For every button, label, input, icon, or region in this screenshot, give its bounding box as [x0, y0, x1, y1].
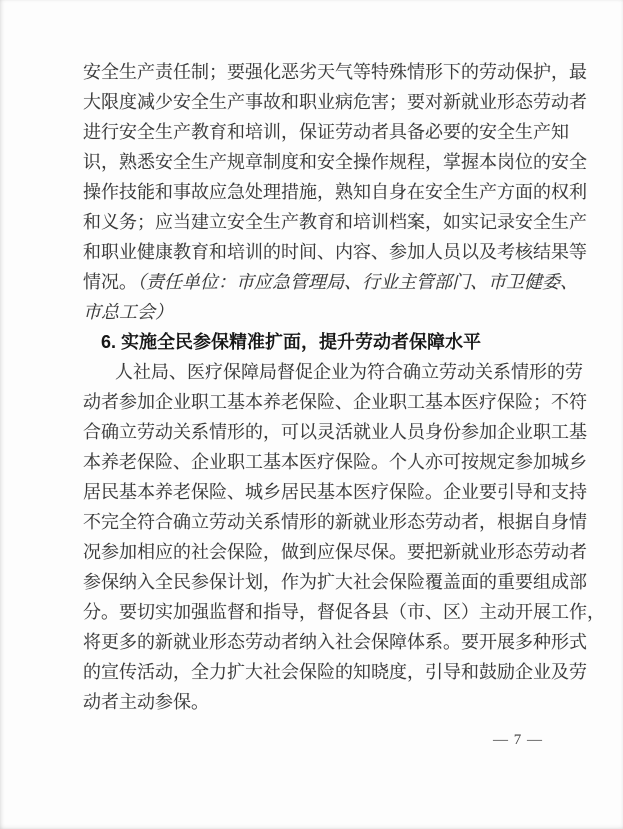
responsible-unit-note-line: 情况。（责任单位：市应急管理局、行业主管部门、市卫健委、 [83, 267, 593, 297]
text-line: 况参加相应的社会保险，做到应保尽保。要把新就业形态劳动者 [83, 537, 593, 567]
responsible-unit-note: （责任单位：市应急管理局、行业主管部门、市卫健委、 [137, 272, 578, 292]
text-line: 进行安全生产教育和培训，保证劳动者具备必要的安全生产知 [83, 117, 593, 147]
text-line: 动者主动参保。 [83, 687, 593, 717]
text-line: 识，熟悉安全生产规章制度和安全操作规程，掌握本岗位的安全 [83, 147, 593, 177]
responsible-unit-note-line: 市总工会） [83, 297, 593, 327]
text-line: 操作技能和事故应急处理措施，熟知自身在安全生产方面的权利 [83, 177, 593, 207]
text-line: 动者参加企业职工基本养老保险、企业职工基本医疗保险；不符 [83, 387, 593, 417]
text-line: 居民基本养老保险、城乡居民基本医疗保险。企业要引导和支持 [83, 477, 593, 507]
text-line: 合确立劳动关系情形的，可以灵活就业人员身份参加企业职工基 [83, 417, 593, 447]
body-text: 安全生产责任制；要强化恶劣天气等特殊情形下的劳动保护，最 大限度减少安全生产事故… [83, 57, 593, 717]
page-number: — 7 — [493, 728, 543, 752]
text-line: 和义务；应当建立安全生产教育和培训档案，如实记录安全生产 [83, 207, 593, 237]
text-line: 将更多的新就业形态劳动者纳入社会保障体系。要开展多种形式 [83, 627, 593, 657]
text-line: 安全生产责任制；要强化恶劣天气等特殊情形下的劳动保护，最 [83, 57, 593, 87]
text-segment: 情况。 [83, 272, 137, 292]
document-page: 安全生产责任制；要强化恶劣天气等特殊情形下的劳动保护，最 大限度减少安全生产事故… [0, 0, 623, 829]
text-line: 本养老保险、企业职工基本医疗保险。个人亦可按规定参加城乡 [83, 447, 593, 477]
text-line: 的宣传活动，全力扩大社会保险的知晓度，引导和鼓励企业及劳 [83, 657, 593, 687]
text-line: 不完全符合确立劳动关系情形的新就业形态劳动者，根据自身情 [83, 507, 593, 537]
text-line: 参保纳入全民参保计划，作为扩大社会保险覆盖面的重要组成部 [83, 567, 593, 597]
text-line: 和职业健康教育和培训的时间、内容、参加人员以及考核结果等 [83, 237, 593, 267]
text-line: 分。要切实加强监督和指导，督促各县（市、区）主动开展工作， [83, 597, 593, 627]
text-line: 人社局、医疗保障局督促企业为符合确立劳动关系情形的劳 [83, 357, 593, 387]
section-heading: 6. 实施全民参保精准扩面，提升劳动者保障水平 [83, 327, 593, 357]
text-line: 大限度减少安全生产事故和职业病危害；要对新就业形态劳动者 [83, 87, 593, 117]
